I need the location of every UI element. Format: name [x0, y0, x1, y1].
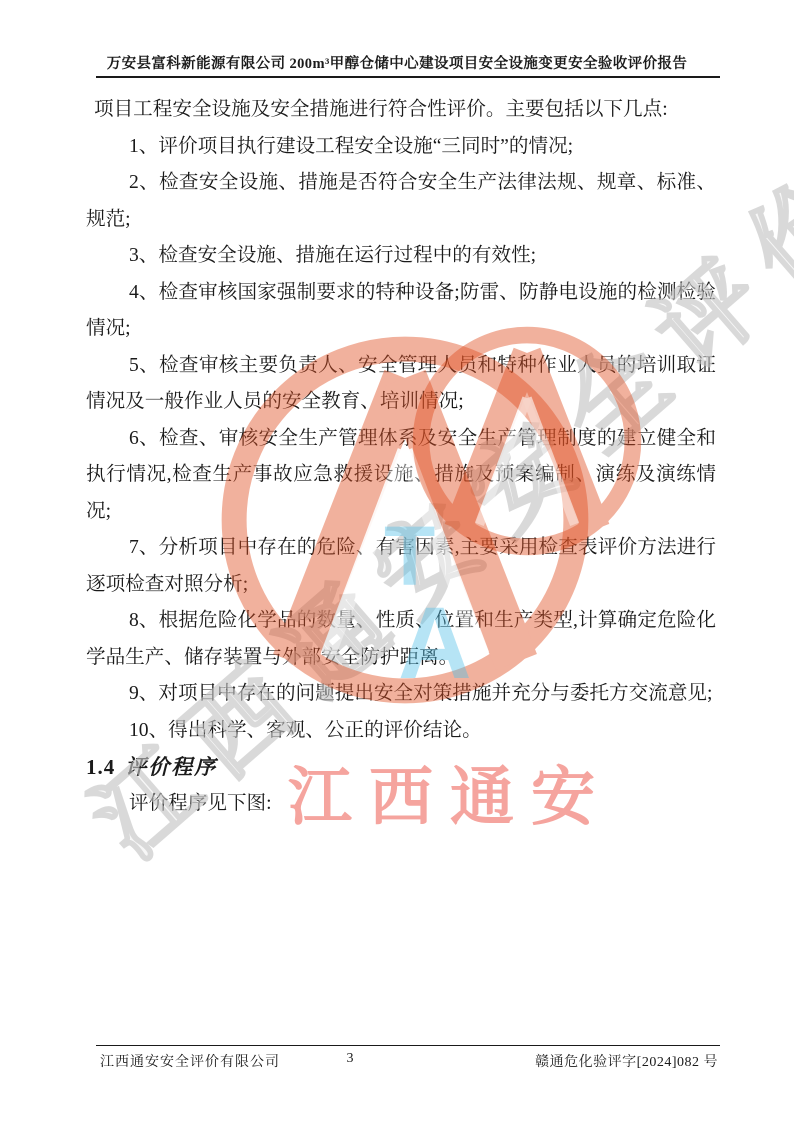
list-item-7: 7、分析项目中存在的危险、有害因素,主要采用检查表评价方法进行逐项检查对照分析;	[86, 530, 716, 603]
section-title: 评价程序	[125, 755, 217, 779]
list-item-6: 6、检查、审核安全生产管理体系及安全生产管理制度的建立健全和执行情况,检查生产事…	[86, 421, 716, 531]
list-item-3: 3、检查安全设施、措施在运行过程中的有效性;	[86, 238, 716, 275]
list-item-10: 10、得出科学、客观、公正的评价结论。	[86, 713, 716, 750]
page-header-title: 万安县富科新能源有限公司 200m³甲醇仓储中心建设项目安全设施变更安全验收评价…	[60, 52, 734, 73]
header-rule	[96, 76, 720, 78]
footer-rule	[96, 1045, 720, 1046]
list-item-5: 5、检查审核主要负责人、安全管理人员和特种作业人员的培训取证情况及一般作业人员的…	[86, 348, 716, 421]
list-item-2: 2、检查安全设施、措施是否符合安全生产法律法规、规章、标准、规范;	[86, 165, 716, 238]
document-page: 万安县富科新能源有限公司 200m³甲醇仓储中心建设项目安全设施变更安全验收评价…	[0, 0, 794, 1123]
footer-document-number: 赣通危化验评字[2024]082 号	[535, 1051, 718, 1071]
paragraph-intro: 项目工程安全设施及安全措施进行符合性评价。主要包括以下几点:	[86, 92, 716, 129]
body-text: 项目工程安全设施及安全措施进行符合性评价。主要包括以下几点: 1、评价项目执行建…	[86, 92, 716, 822]
list-item-1: 1、评价项目执行建设工程安全设施“三同时”的情况;	[86, 129, 716, 166]
footer-company-name: 江西通安安全评价有限公司	[100, 1051, 280, 1071]
footer-page-number: 3	[340, 1051, 360, 1067]
list-item-4: 4、检查审核国家强制要求的特种设备;防雷、防静电设施的检测检验情况;	[86, 275, 716, 348]
list-item-8: 8、根据危险化学品的数量、性质、位置和生产类型,计算确定危险化学品生产、储存装置…	[86, 603, 716, 676]
section-number: 1.4	[86, 755, 115, 779]
list-item-9: 9、对项目中存在的问题提出安全对策措施并充分与委托方交流意见;	[86, 676, 716, 713]
section-heading-1-4: 1.4评价程序	[86, 749, 716, 786]
paragraph-following: 评价程序见下图:	[86, 786, 716, 823]
